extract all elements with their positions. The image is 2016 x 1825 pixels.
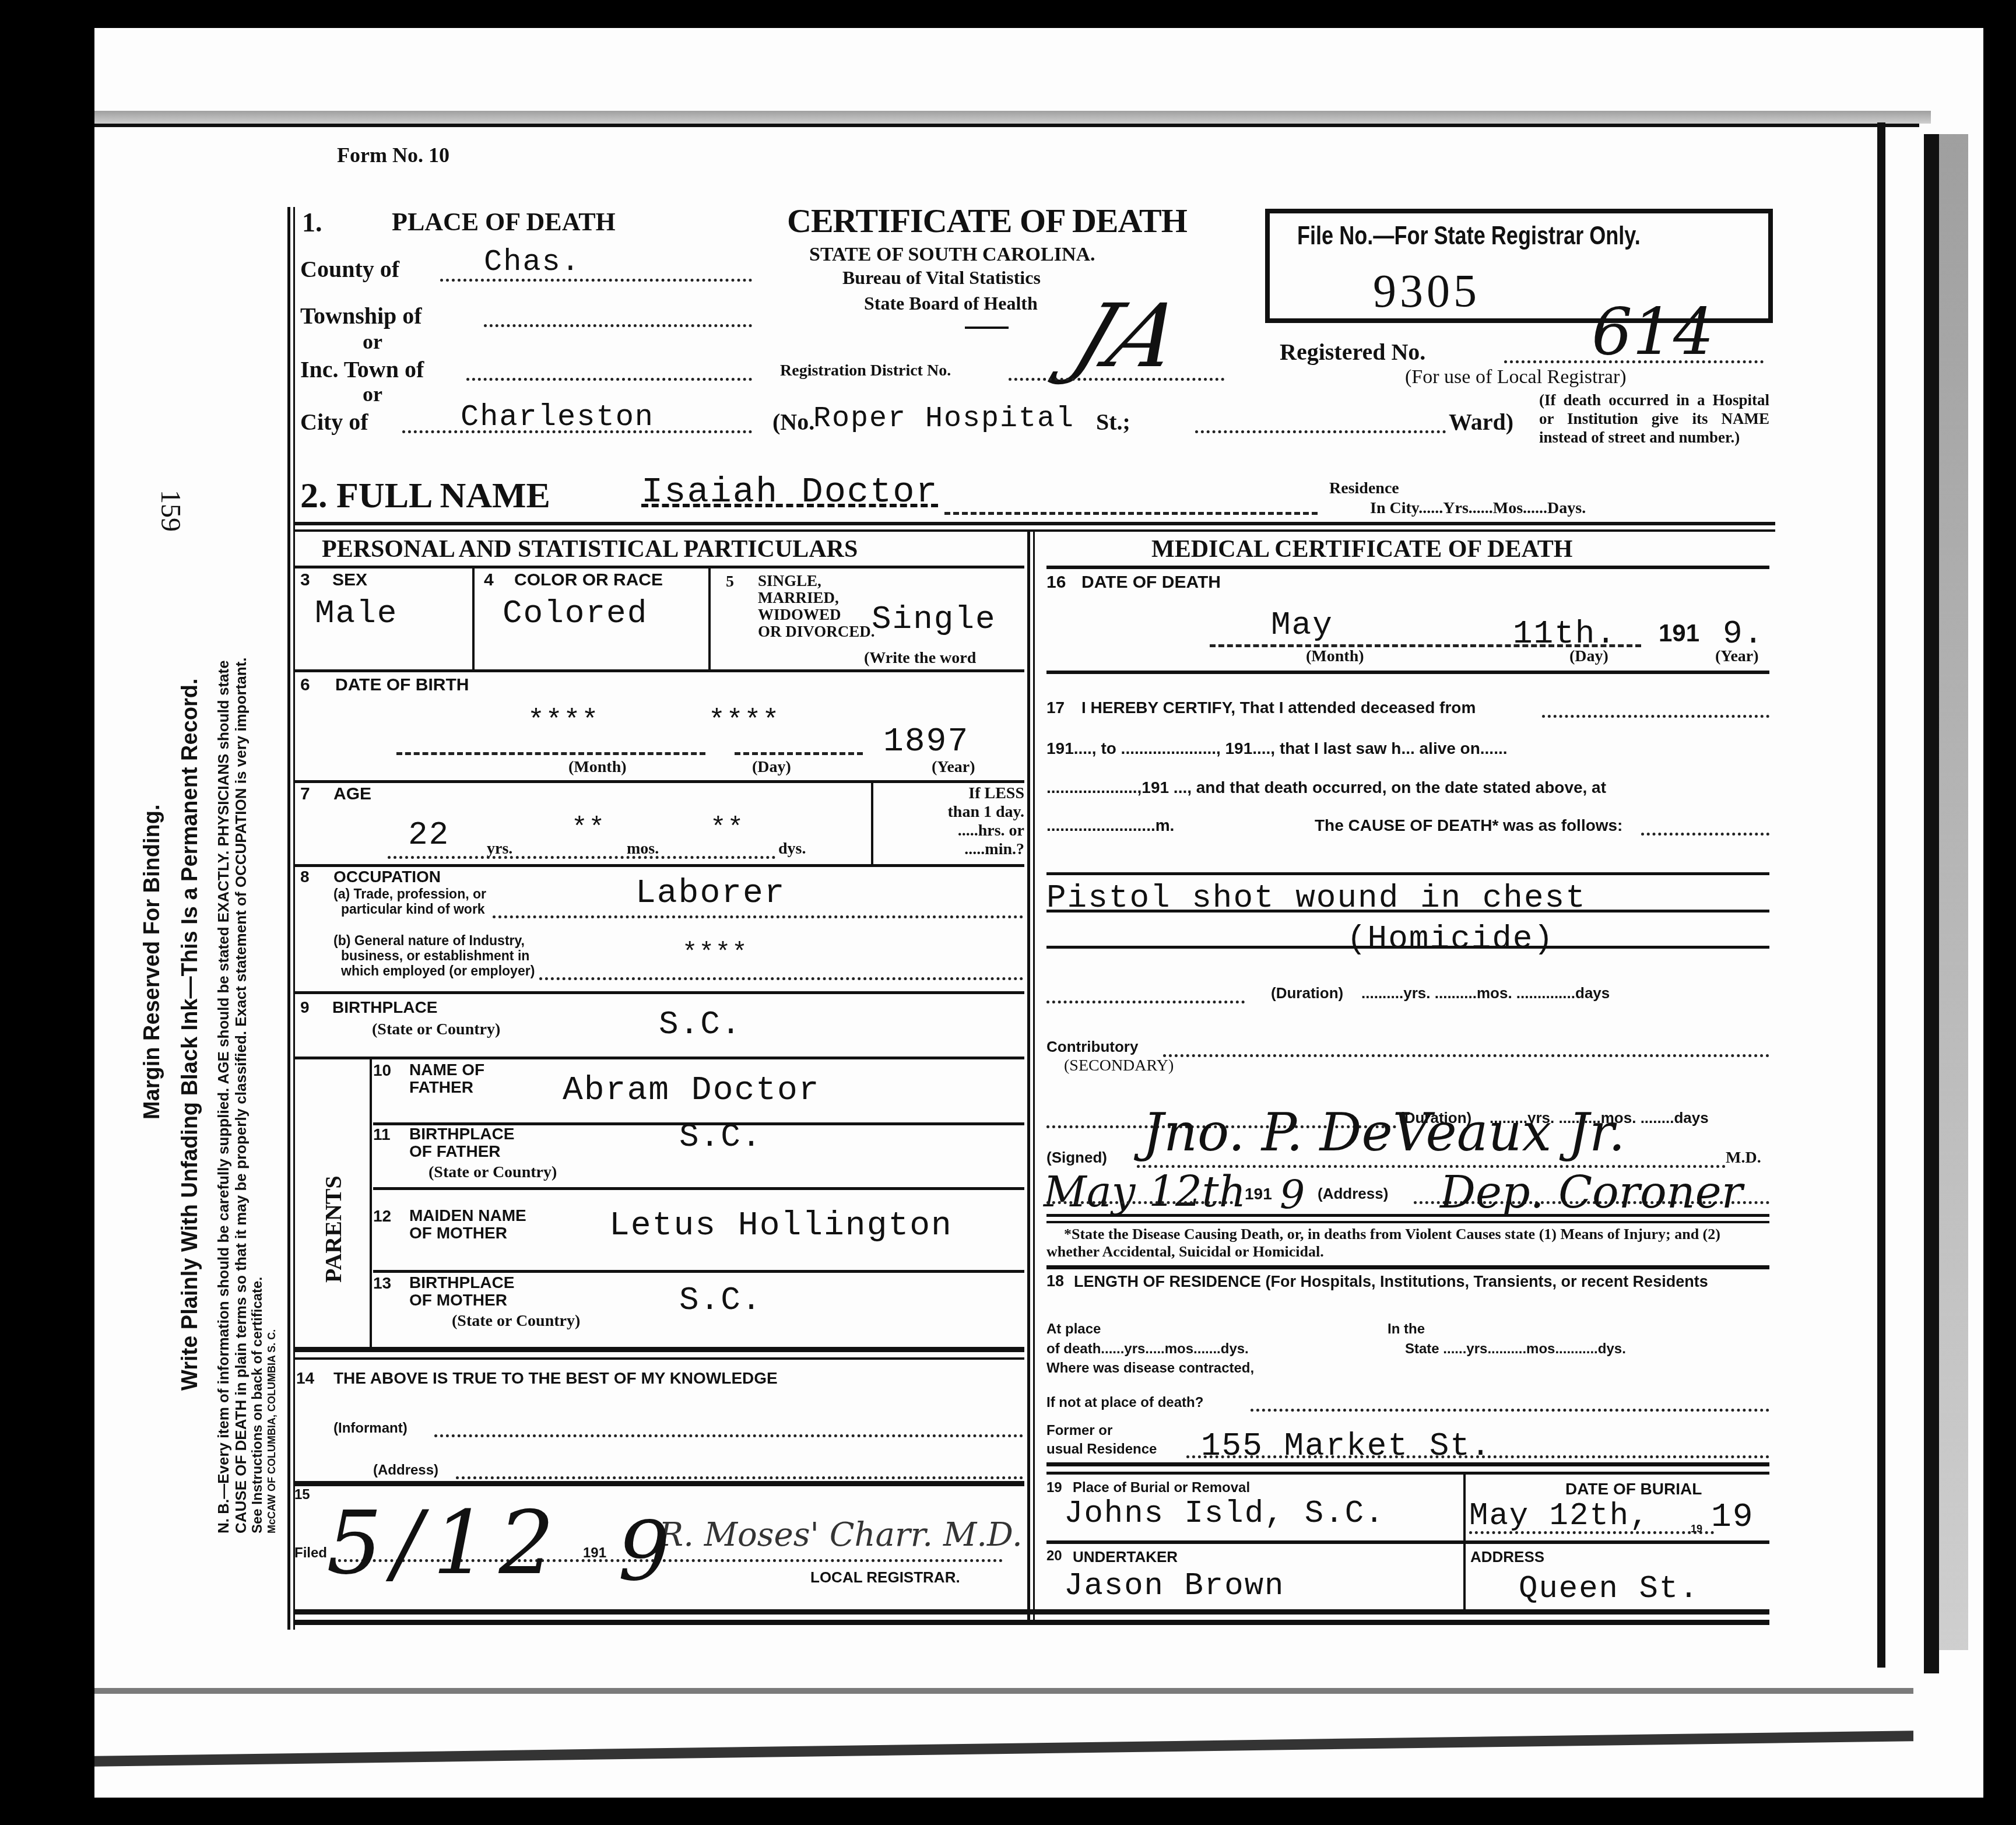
md-label: M.D. — [1726, 1149, 1761, 1167]
burial-date-value[interactable]: May 12th, — [1469, 1498, 1650, 1534]
top-border-rule — [94, 124, 1919, 127]
burial-date-label: DATE OF BURIAL — [1565, 1480, 1702, 1498]
township-dots[interactable] — [484, 324, 752, 327]
right-page-edge — [1877, 122, 1885, 1668]
cause-footnote: *State the Disease Causing Death, or, in… — [1046, 1226, 1769, 1261]
age-months[interactable]: ** — [571, 813, 606, 844]
in-state-label-2[interactable]: State ......yrs..........mos...........d… — [1405, 1341, 1626, 1357]
ward-label: Ward) — [1449, 408, 1513, 436]
dob-day-dashes — [735, 752, 863, 755]
dob-month-dashes — [396, 752, 705, 755]
name-rule-2 — [294, 529, 1775, 532]
medical-heading-rule — [1046, 566, 1769, 569]
signed-rule-2 — [1046, 1221, 1769, 1223]
residence-rule-1 — [1046, 1462, 1769, 1466]
place-of-death-num: 1. — [302, 207, 322, 238]
cause-rule-top — [1046, 872, 1769, 875]
margin-printer: McCAW OF COLUMBIA, COLUMBIA S. C. — [266, 1329, 278, 1533]
row-rule-informant — [294, 1481, 1024, 1486]
burial-rule — [1046, 1540, 1769, 1544]
informant-label: (Informant) — [333, 1420, 408, 1437]
burial-place-value[interactable]: Johns Isld, S.C. — [1064, 1496, 1385, 1532]
certify-num: 17 — [1046, 699, 1065, 717]
age-num: 7 — [300, 784, 310, 804]
not-at-place-field[interactable] — [1251, 1409, 1769, 1412]
medical-heading: MEDICAL CERTIFICATE OF DEATH — [1151, 535, 1572, 563]
filed-year-prefix: 191 — [583, 1545, 606, 1561]
certify-from-field[interactable] — [1542, 715, 1769, 718]
full-name-label: 2. FULL NAME — [300, 475, 550, 517]
ward-dots[interactable] — [1195, 430, 1446, 433]
form-number: Form No. 10 — [337, 143, 449, 167]
sex-race-divider — [472, 568, 475, 671]
local-registrar-label: LOCAL REGISTRAR. — [810, 1568, 960, 1587]
margin-instructions-3: See Instructions on back of certificate. — [250, 1277, 266, 1533]
column-divider — [1027, 532, 1030, 1622]
board-name: State Board of Health — [864, 293, 1038, 314]
marital-label: SINGLE, MARRIED, WIDOWED OR DIVORCED. — [758, 573, 874, 640]
margin-instructions-1: N. B.—Every item of information should b… — [215, 660, 233, 1533]
informant-address-label: (Address) — [373, 1462, 438, 1479]
race-value[interactable]: Colored — [503, 595, 648, 632]
informant-address-field[interactable] — [456, 1476, 1023, 1479]
mother-birthplace-value[interactable]: S.C. — [679, 1282, 762, 1319]
row-rule-age — [294, 864, 1024, 867]
signed-date-value[interactable]: May 12th — [1044, 1167, 1246, 1216]
occupation-a-label-1: (a) Trade, profession, or — [333, 886, 486, 902]
residence-heading: LENGTH OF RESIDENCE (For Hospitals, Inst… — [1074, 1272, 1769, 1291]
undertaker-num: 20 — [1046, 1548, 1062, 1564]
informant-heading: THE ABOVE IS TRUE TO THE BEST OF MY KNOW… — [333, 1369, 778, 1388]
certificate-title: CERTIFICATE OF DEATH — [787, 201, 1187, 240]
age-dots — [388, 856, 775, 859]
bureau-name: Bureau of Vital Statistics — [842, 267, 1041, 289]
hospital-note: (If death occurred in a Hospital or Inst… — [1539, 391, 1769, 447]
sex-value[interactable]: Male — [315, 595, 398, 632]
dob-day-caption: (Day) — [752, 758, 791, 777]
mother-name-value[interactable]: Letus Hollington — [609, 1207, 953, 1245]
father-name-value[interactable]: Abram Doctor — [563, 1072, 820, 1110]
residence-in-city[interactable]: In City......Yrs......Mos......Days. — [1370, 499, 1586, 518]
dob-num: 6 — [300, 675, 310, 695]
filed-num: 15 — [294, 1487, 310, 1503]
burial-year-value[interactable]: 19 — [1711, 1498, 1754, 1536]
father-name-label: NAME OF FATHER — [409, 1061, 484, 1096]
occupation-b-label-2: business, or establishment in — [341, 948, 529, 964]
occupation-a-dots — [493, 915, 1023, 918]
cause-rule-2 — [1046, 946, 1769, 949]
certify-line-1: I HEREBY CERTIFY, That I attended deceas… — [1081, 699, 1476, 717]
dob-day[interactable]: **** — [708, 706, 780, 737]
signed-date-dots — [1046, 1201, 1233, 1204]
signed-rule-1 — [1046, 1214, 1769, 1217]
sex-label: SEX — [332, 570, 367, 590]
township-label: Township of — [300, 302, 422, 329]
row-rule-parents-1 — [294, 1347, 1024, 1352]
registered-no-label: Registered No. — [1280, 338, 1425, 366]
in-state-label-1: In the — [1388, 1321, 1425, 1338]
marital-num: 5 — [726, 573, 734, 591]
county-label: County of — [300, 255, 399, 283]
name-rule-1 — [294, 522, 1775, 525]
mother-name-num: 12 — [373, 1207, 391, 1226]
contracted-label: Where was disease contracted, — [1046, 1360, 1254, 1377]
former-residence-value[interactable]: 155 Market St. — [1201, 1427, 1491, 1465]
or-label-2: or — [363, 382, 382, 406]
form-left-border — [287, 207, 290, 1630]
cause-of-death-line-2[interactable]: (Homicide) — [1347, 920, 1554, 957]
personal-heading: PERSONAL AND STATISTICAL PARTICULARS — [322, 535, 858, 563]
occupation-num: 8 — [300, 868, 310, 886]
informant-field[interactable] — [434, 1434, 1023, 1437]
right-edge-shadow — [1939, 134, 1968, 1650]
age-less-divider — [871, 781, 873, 864]
mother-birthplace-sub: (State or Country) — [452, 1312, 580, 1331]
birthplace-sub: (State or Country) — [372, 1020, 500, 1039]
city-value[interactable]: Charleston — [461, 400, 654, 434]
dod-month-caption: (Month) — [1306, 647, 1364, 666]
right-page-edge-outer — [1924, 134, 1939, 1673]
signed-address-value[interactable]: Dep. Coroner — [1440, 1166, 1743, 1218]
form-left-border-inner — [293, 207, 295, 1630]
contributory-label: Contributory — [1046, 1038, 1138, 1056]
occupation-b-label-3: which employed (or employer) — [341, 963, 535, 979]
town-dots[interactable] — [466, 378, 752, 381]
date-of-death-year-prefix: 191 — [1659, 619, 1699, 647]
age-less-label: If LESS than 1 day. .....hrs. or .....mi… — [881, 784, 1024, 859]
occupation-b-dots — [539, 977, 1023, 980]
street-prefix: (No. — [772, 408, 814, 436]
age-years[interactable]: 22 — [408, 816, 449, 854]
race-label: COLOR OR RACE — [514, 570, 663, 590]
burial-num: 19 — [1046, 1480, 1062, 1496]
physician-signature[interactable]: Jno. P. DeVeaux Jr. — [1143, 1102, 1625, 1163]
father-birthplace-num: 11 — [373, 1125, 391, 1144]
full-name-dashes — [944, 512, 1318, 515]
date-of-death-num: 16 — [1046, 573, 1066, 592]
margin-binding-note: Margin Reserved For Binding. — [140, 804, 165, 1119]
mother-birthplace-label: BIRTHPLACE OF MOTHER — [409, 1274, 514, 1309]
mother-birthplace-num: 13 — [373, 1274, 391, 1293]
dod-year-caption: (Year) — [1715, 647, 1759, 666]
row-rule-parents-2 — [294, 1357, 1024, 1360]
dob-year[interactable]: 1897 — [883, 723, 969, 761]
undertaker-label: UNDERTAKER — [1073, 1548, 1178, 1566]
sex-num: 3 — [300, 570, 310, 590]
certify-line-3[interactable]: ....................,191 ..., and that d… — [1046, 778, 1606, 797]
occupation-b-value[interactable]: **** — [682, 939, 749, 968]
personal-heading-rule — [294, 566, 1024, 568]
street-suffix: St.; — [1096, 408, 1130, 436]
not-at-place-label: If not at place of death? — [1046, 1395, 1203, 1411]
registered-no-value[interactable]: 614 — [1592, 294, 1714, 369]
race-num: 4 — [484, 570, 494, 590]
father-birthplace-sub: (State or Country) — [429, 1163, 557, 1182]
age-dys-label: dys. — [778, 840, 806, 858]
bottom-page-edge — [94, 1688, 1913, 1694]
hospital-value[interactable]: Roper Hospital — [813, 402, 1074, 436]
local-registrar-note: (For use of Local Registrar) — [1405, 366, 1627, 388]
place-of-death-heading: PLACE OF DEATH — [392, 207, 616, 237]
county-value[interactable]: Chas. — [484, 245, 581, 279]
burial-year-prefix: 19 — [1691, 1523, 1702, 1535]
duration-units[interactable]: ..........yrs. ..........mos. ..........… — [1361, 984, 1610, 1002]
marital-value[interactable]: Single — [872, 601, 996, 638]
registration-district-field[interactable] — [1009, 378, 1224, 381]
burial-label: Place of Burial or Removal — [1073, 1480, 1250, 1496]
filed-label: Filed — [294, 1545, 327, 1561]
residence-rule-2 — [1046, 1472, 1769, 1475]
burial-date-dots — [1469, 1531, 1714, 1534]
birthplace-label: BIRTHPLACE — [332, 998, 437, 1017]
dob-label: DATE OF BIRTH — [335, 675, 469, 695]
contributory-field[interactable] — [1163, 1054, 1769, 1057]
or-label-1: or — [363, 329, 382, 354]
town-label: Inc. Town of — [300, 356, 424, 383]
duration-label: (Duration) — [1271, 984, 1343, 1002]
duration-cause-dots — [1046, 1001, 1245, 1003]
binding-shadow — [94, 111, 1931, 124]
secondary-label: (SECONDARY) — [1064, 1057, 1174, 1075]
row-rule-occupation — [294, 991, 1024, 994]
birthplace-value[interactable]: S.C. — [659, 1006, 742, 1043]
full-name-value[interactable]: Isaiah Doctor — [641, 471, 939, 513]
dob-year-caption: (Year) — [932, 758, 975, 777]
former-residence-label-1: Former or — [1046, 1423, 1112, 1439]
residence-num: 18 — [1046, 1272, 1064, 1290]
dob-month-caption: (Month) — [568, 758, 627, 777]
dod-rule — [1046, 671, 1769, 674]
file-box-label: File No.—For State Registrar Only. — [1297, 222, 1641, 251]
parents-label: PARENTS — [319, 1175, 347, 1283]
cause-rule-1 — [1046, 910, 1769, 912]
signed-year-prefix: 191 — [1245, 1185, 1272, 1203]
signed-label: (Signed) — [1046, 1149, 1107, 1167]
row-rule-birthplace — [294, 1057, 1024, 1059]
date-of-death-month[interactable]: May — [1271, 606, 1333, 644]
dod-day-caption: (Day) — [1569, 647, 1608, 666]
occupation-label: OCCUPATION — [333, 868, 441, 886]
row-rule-father-birthplace — [373, 1187, 1024, 1190]
bottom-rule-1 — [294, 1609, 1769, 1615]
margin-instructions-2: CAUSE OF DEATH in plain terms so that it… — [232, 657, 250, 1533]
column-divider-inner — [1033, 532, 1035, 1622]
parents-divider — [370, 1058, 372, 1347]
filed-date-value[interactable]: 5/12 — [326, 1493, 565, 1594]
registration-district-label: Registration District No. — [780, 362, 951, 380]
signed-address-label: (Address) — [1318, 1185, 1388, 1203]
age-label: AGE — [333, 784, 371, 804]
signed-year-value[interactable]: 9 — [1280, 1172, 1305, 1218]
cause-of-death-label: The CAUSE OF DEATH* was as follows: — [1315, 816, 1622, 835]
cause-dots — [1641, 833, 1769, 836]
undertaker-address-label: ADDRESS — [1470, 1548, 1544, 1566]
mother-name-label: MAIDEN NAME OF MOTHER — [409, 1207, 526, 1242]
header-divider — [965, 327, 1009, 329]
occupation-a-value[interactable]: Laborer — [635, 875, 786, 912]
occupation-a-label-2: particular kind of work — [341, 901, 485, 917]
bottom-rule-2 — [294, 1620, 1769, 1625]
certify-line-2[interactable]: 191...., to ....................., 191..… — [1046, 739, 1507, 758]
row-rule-dob — [294, 780, 1024, 783]
dob-month[interactable]: **** — [528, 706, 599, 737]
father-birthplace-value[interactable]: S.C. — [679, 1118, 762, 1156]
row-rule-sex — [294, 669, 1024, 672]
row-rule-mother — [373, 1270, 1024, 1273]
marital-hint: (Write the word — [864, 649, 976, 668]
undertaker-address-value[interactable]: Queen St. — [1519, 1571, 1699, 1607]
race-marital-divider — [708, 568, 711, 671]
former-residence-label-2: usual Residence — [1046, 1441, 1157, 1458]
residence-label: Residence — [1329, 479, 1399, 498]
local-registrar-signature[interactable]: R. Moses' Charr. M.D. — [659, 1516, 1023, 1554]
file-number: 9305 — [1373, 265, 1480, 318]
page-mark: 159 — [154, 490, 187, 532]
date-of-death-label: DATE OF DEATH — [1081, 573, 1221, 592]
city-label: City of — [300, 408, 368, 436]
certify-line-4-prefix[interactable]: ........................m. — [1046, 816, 1174, 835]
margin-ink-note: Write Plainly With Unfading Black Ink—Th… — [178, 678, 203, 1391]
undertaker-value[interactable]: Jason Brown — [1064, 1568, 1284, 1604]
at-place-label-1: At place — [1046, 1321, 1101, 1338]
age-days[interactable]: ** — [710, 813, 744, 844]
occupation-b-label-1: (b) General nature of Industry, — [333, 933, 525, 949]
at-place-label-2[interactable]: of death......yrs.....mos.......dys. — [1046, 1341, 1249, 1357]
father-birthplace-label: BIRTHPLACE OF FATHER — [409, 1125, 514, 1160]
footnote-rule — [1046, 1265, 1769, 1269]
birthplace-num: 9 — [300, 998, 310, 1017]
informant-num: 14 — [296, 1369, 314, 1388]
father-name-num: 10 — [373, 1061, 391, 1080]
state-name: STATE OF SOUTH CAROLINA. — [809, 244, 1095, 266]
